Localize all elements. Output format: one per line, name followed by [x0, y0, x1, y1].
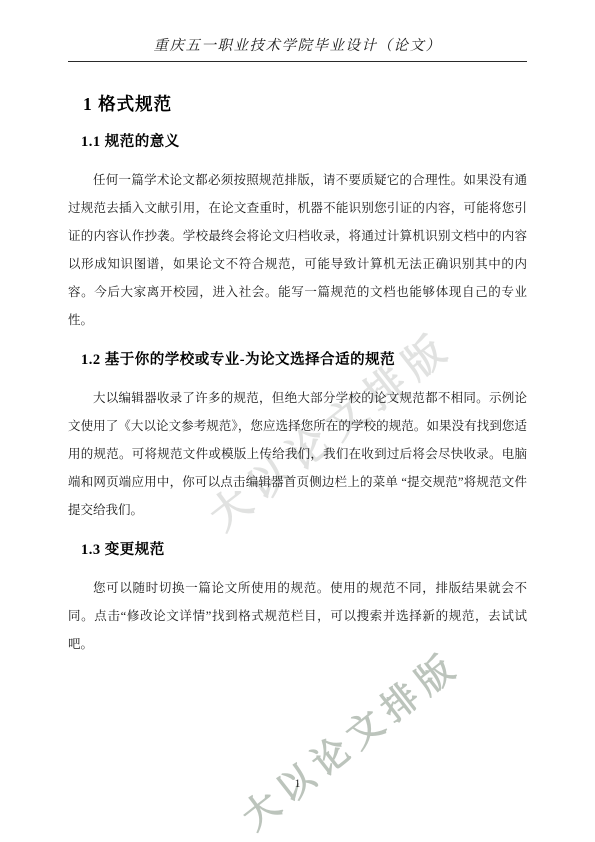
- header-rule: [68, 61, 527, 62]
- page-content: 重庆五一职业技术学院毕业设计（论文） 1 格式规范 1.1 规范的意义 任何一篇…: [0, 36, 595, 658]
- section-heading-1-1: 1.1 规范的意义: [81, 132, 527, 152]
- page-number: 1: [0, 778, 595, 790]
- section-heading-1-3: 1.3 变更规范: [81, 540, 527, 560]
- running-header-title: 重庆五一职业技术学院毕业设计（论文）: [68, 36, 527, 56]
- section-paragraph-1-1: 任何一篇学术论文都必须按照规范排版，请不要质疑它的合理性。如果没有通过规范去插入…: [68, 166, 527, 334]
- chapter-heading: 1 格式规范: [83, 92, 527, 116]
- section-heading-1-2: 1.2 基于你的学校或专业-为论文选择合适的规范: [81, 350, 527, 370]
- section-paragraph-1-2: 大以编辑器收录了许多的规范，但绝大部分学校的论文规范都不相同。示例论文使用了《大…: [68, 384, 527, 524]
- document-page: 大以论文排版 大以论文排版 重庆五一职业技术学院毕业设计（论文） 1 格式规范 …: [0, 0, 595, 842]
- section-paragraph-1-3: 您可以随时切换一篇论文所使用的规范。使用的规范不同，排版结果就会不同。点击“修改…: [68, 574, 527, 658]
- bottom-edge-watermark: 大以论文排版: [230, 637, 469, 840]
